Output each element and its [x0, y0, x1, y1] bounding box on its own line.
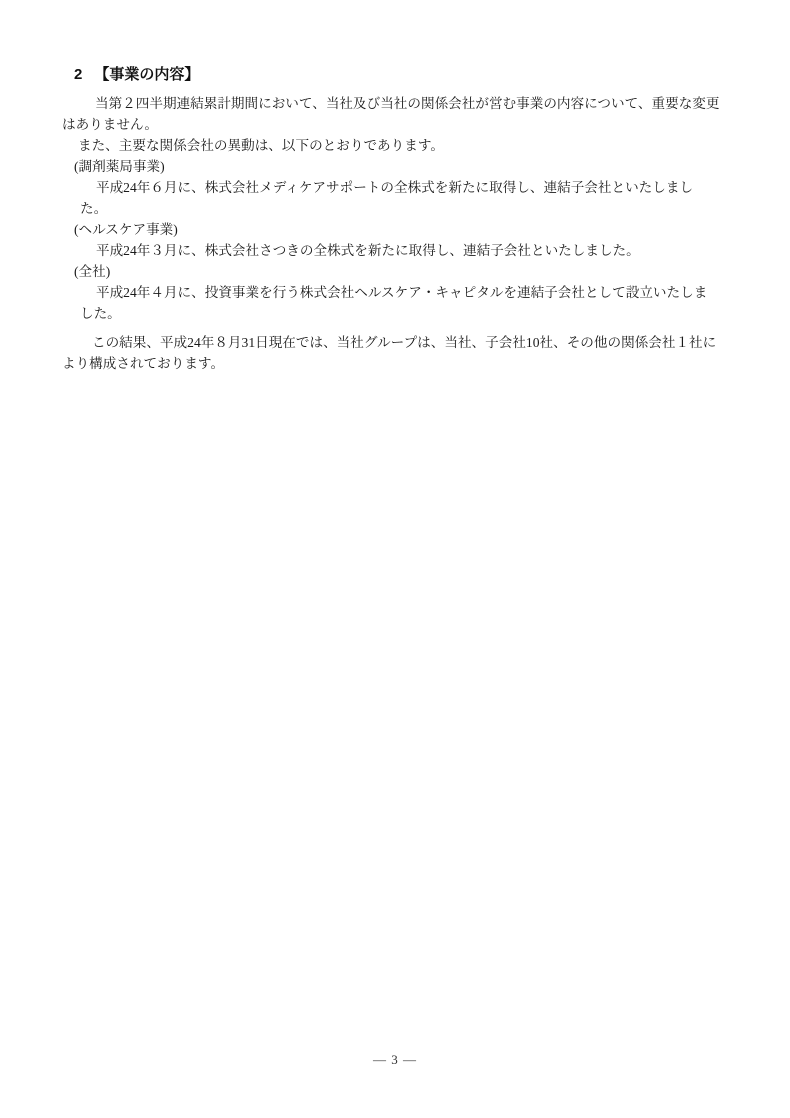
document-page: 2【事業の内容】 当第２四半期連結累計期間において、当社及び当社の関係会社が営む…	[0, 0, 790, 1118]
paragraph: 平成24年６月に、株式会社メディケアサポートの全株式を新たに取得し、連結子会社と…	[80, 177, 762, 219]
paragraph: (調剤薬局事業)	[74, 156, 762, 177]
section-title: 【事業の内容】	[94, 66, 199, 83]
paragraph: 当第２四半期連結累計期間において、当社及び当社の関係会社が営む事業の内容について…	[62, 93, 762, 135]
paragraph: 平成24年３月に、株式会社さつきの全株式を新たに取得し、連結子会社といたしました…	[80, 240, 762, 261]
paragraph: (全社)	[74, 261, 762, 282]
page-number: ― 3 ―	[0, 1052, 790, 1068]
section-heading: 2【事業の内容】	[74, 65, 762, 85]
paragraph: (ヘルスケア事業)	[74, 219, 762, 240]
paragraph: 平成24年４月に、投資事業を行う株式会社ヘルスケア・キャピタルを連結子会社として…	[80, 282, 762, 324]
document-content: 2【事業の内容】 当第２四半期連結累計期間において、当社及び当社の関係会社が営む…	[62, 65, 762, 374]
paragraph: この結果、平成24年８月31日現在では、当社グループは、当社、子会社10社、その…	[62, 332, 762, 374]
document-body: 当第２四半期連結累計期間において、当社及び当社の関係会社が営む事業の内容について…	[62, 93, 762, 374]
paragraph: また、主要な関係会社の異動は、以下のとおりであります。	[62, 135, 762, 156]
section-number: 2	[74, 65, 82, 85]
